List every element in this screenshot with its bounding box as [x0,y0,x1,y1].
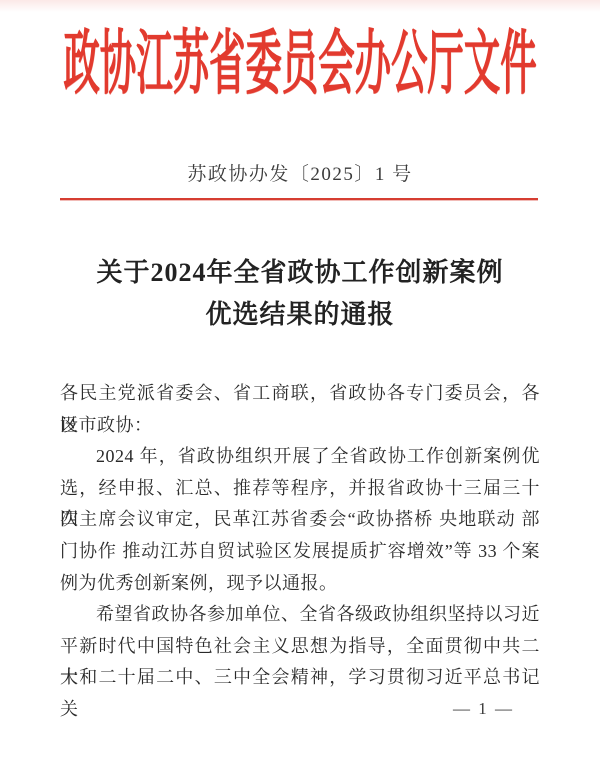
body-line: 区市政协： [60,410,540,442]
page-number: — 1 — [453,699,514,719]
document-title-line1: 关于2024年全省政协工作创新案例 [0,252,600,294]
body-line: 各民主党派省委会、省工商联，省政协各专门委员会，各设 [60,378,540,410]
body-line: 希望省政协各参加单位、全省各级政协组织坚持以习近 [60,599,540,631]
body-line: 例为优秀创新案例，现予以通报。 [60,568,540,600]
red-divider-line [60,198,538,200]
scan-artifact-tint [0,0,600,12]
document-title: 关于2024年全省政协工作创新案例 优选结果的通报 [0,252,600,336]
document-page: 政协江苏省委员会办公厅文件 苏政协办发〔2025〕1 号 关于2024年全省政协… [0,0,600,761]
letterhead: 政协江苏省委员会办公厅文件 [0,26,600,104]
document-title-line2: 优选结果的通报 [0,294,600,336]
body-line: 门协作 推动江苏自贸试验区发展提质扩容增效”等 33 个案 [60,536,540,568]
body-line: 平新时代中国特色社会主义思想为指导，全面贯彻中共二十 [60,631,540,663]
body-line: 2024 年，省政协组织开展了全省政协工作创新案例优 [60,441,540,473]
body-line: 选，经申报、汇总、推荐等程序，并报省政协十三届三十四 [60,473,540,505]
document-number: 苏政协办发〔2025〕1 号 [0,163,600,187]
body-line: 次主席会议审定，民革江苏省委会“政协搭桥 央地联动 部 [60,504,540,536]
letterhead-title: 政协江苏省委员会办公厅文件 [63,26,536,104]
body-line: 大和二十届二中、三中全会精神，学习贯彻习近平总书记关 [60,662,540,694]
document-body: 各民主党派省委会、省工商联，省政协各专门委员会，各设区市政协：2024 年，省政… [60,378,540,694]
